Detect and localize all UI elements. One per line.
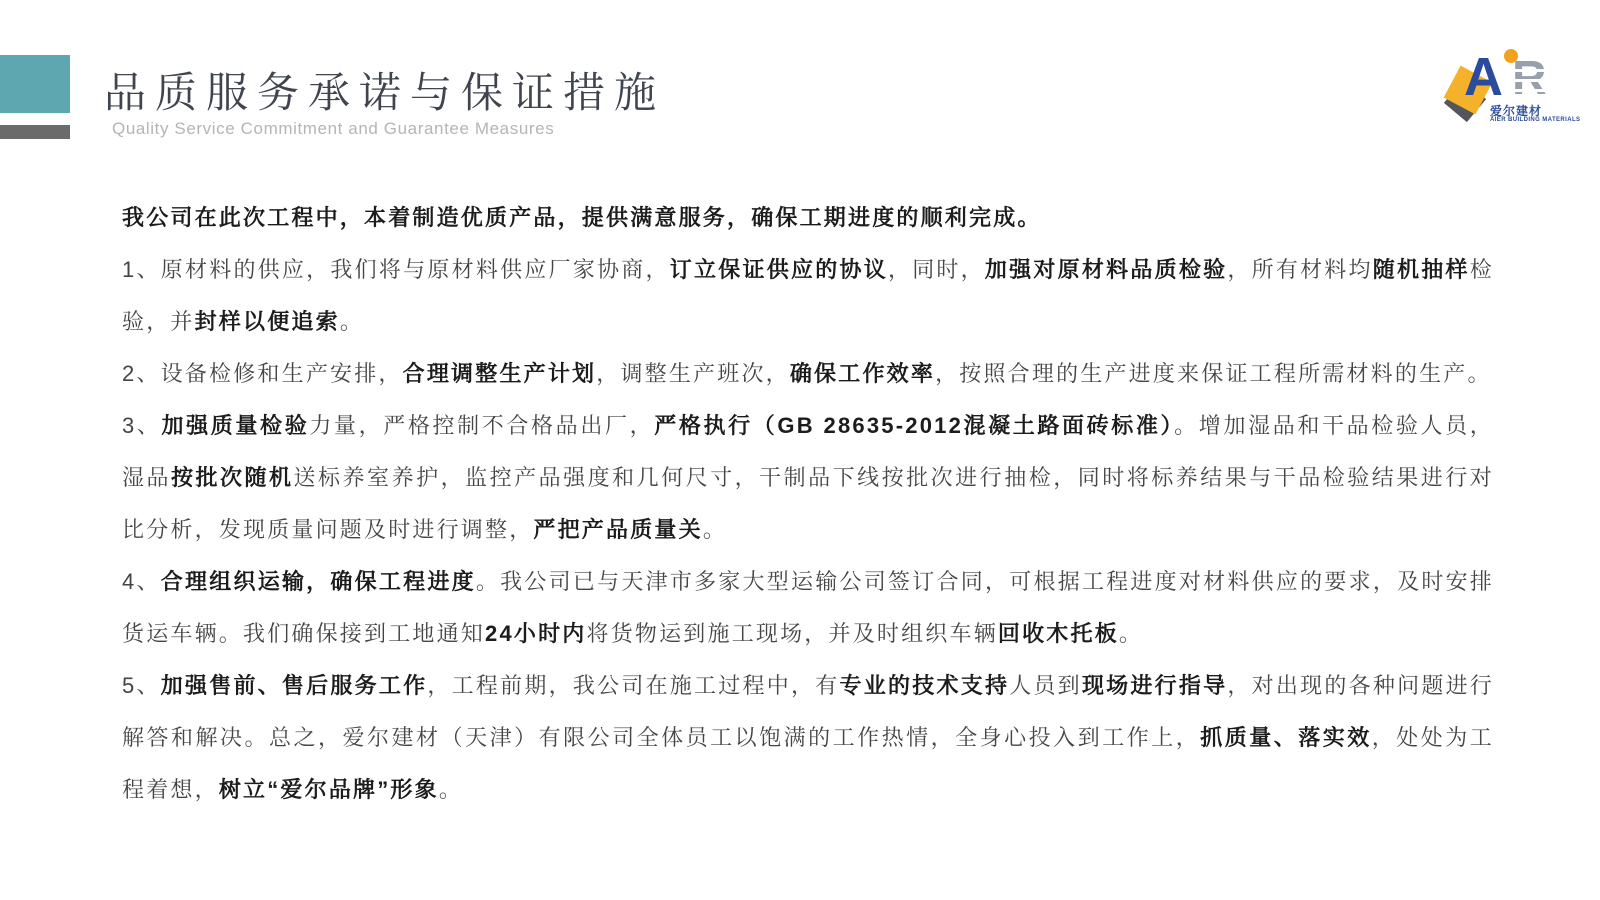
emphasis-text: 加强质量检验 [162,413,310,438]
body-paragraph: 3、加强质量检验力量，严格控制不合格品出厂，严格执行（GB 28635-2012… [122,400,1494,556]
regular-text: ，所有材料均 [1227,257,1372,282]
logo-en-name: AIER BUILDING MATERIALS [1490,117,1580,123]
slide: { "header": { "title": "品质服务承诺与保证措施", "s… [0,0,1600,900]
regular-text: 。 [703,517,727,542]
regular-text: 1、原材料的供应，我们将与原材料供应厂家协商， [122,257,670,282]
emphasis-text: 订立保证供应的协议 [670,257,888,282]
regular-text: ，按照合理的生产进度来保证工程所需材料的生产。 [935,361,1492,386]
regular-text: 。 [340,309,364,334]
body-paragraphs: 1、原材料的供应，我们将与原材料供应厂家协商，订立保证供应的协议，同时，加强对原… [122,244,1494,816]
emphasis-text: 加强售前、售后服务工作 [161,673,428,698]
emphasis-text: 合理调整生产计划 [403,361,597,386]
regular-text: ，工程前期，我公司在施工过程中，有 [427,673,839,698]
emphasis-text: 现场进行指导 [1082,673,1227,698]
body-paragraph: 4、合理组织运输，确保工程进度。我公司已与天津市多家大型运输公司签订合同，可根据… [122,556,1494,660]
regular-text: 送标养室养护，监控产品强度和几何尺寸，干制品下线按批次进行抽检，同时将标养结果与… [122,465,1494,542]
regular-text: 。 [1119,621,1143,646]
emphasis-text: 回收木托板 [998,621,1119,646]
regular-text: 人员到 [1009,673,1082,698]
body-paragraph: 2、设备检修和生产安排，合理调整生产计划，调整生产班次，确保工作效率，按照合理的… [122,348,1494,400]
emphasis-text: 严格执行（GB 28635-2012混凝土路面砖标准） [654,413,1174,438]
regular-text: ，调整生产班次， [596,361,790,386]
emphasis-text: 合理组织运输，确保工程进度 [161,569,476,594]
emphasis-text: 按批次随机 [171,465,294,490]
regular-text: 3、 [122,413,162,438]
body-paragraph: 5、加强售前、售后服务工作，工程前期，我公司在施工过程中，有专业的技术支持人员到… [122,660,1494,816]
regular-text: ，同时， [888,257,985,282]
logo-letter-a: A [1464,50,1503,104]
emphasis-text: 专业的技术支持 [840,673,1010,698]
emphasis-text: 抓质量、落实效 [1200,725,1372,750]
teal-accent-block [0,55,70,113]
company-logo: A R 爱尔建材 AIER BUILDING MATERIALS [1448,46,1564,130]
logo-letter-r: R [1512,55,1547,103]
regular-text: 将货物运到施工现场，并及时组织车辆 [587,621,998,646]
intro-paragraph: 我公司在此次工程中，本着制造优质产品，提供满意服务，确保工期进度的顺利完成。 [122,192,1494,244]
page-title: 品质服务承诺与保证措施 [104,60,665,120]
emphasis-text: 树立“爱尔品牌”形象 [219,777,439,802]
emphasis-text: 24小时内 [485,621,586,646]
emphasis-text: 封样以便追索 [195,309,340,334]
body-paragraph: 1、原材料的供应，我们将与原材料供应厂家协商，订立保证供应的协议，同时，加强对原… [122,244,1494,348]
emphasis-text: 随机抽样 [1373,257,1470,282]
body-text-block: 我公司在此次工程中，本着制造优质产品，提供满意服务，确保工期进度的顺利完成。 1… [122,192,1494,816]
regular-text: 。 [439,777,463,802]
regular-text: 2、设备检修和生产安排， [122,361,403,386]
regular-text: 4、 [122,569,161,594]
regular-text: 5、 [122,673,161,698]
emphasis-text: 严把产品质量关 [533,517,702,542]
gray-accent-bar [0,125,70,139]
regular-text: 力量，严格控制不合格品出厂， [309,413,654,438]
emphasis-text: 确保工作效率 [790,361,935,386]
page-subtitle: Quality Service Commitment and Guarantee… [112,119,554,139]
emphasis-text: 加强对原材料品质检验 [985,257,1227,282]
